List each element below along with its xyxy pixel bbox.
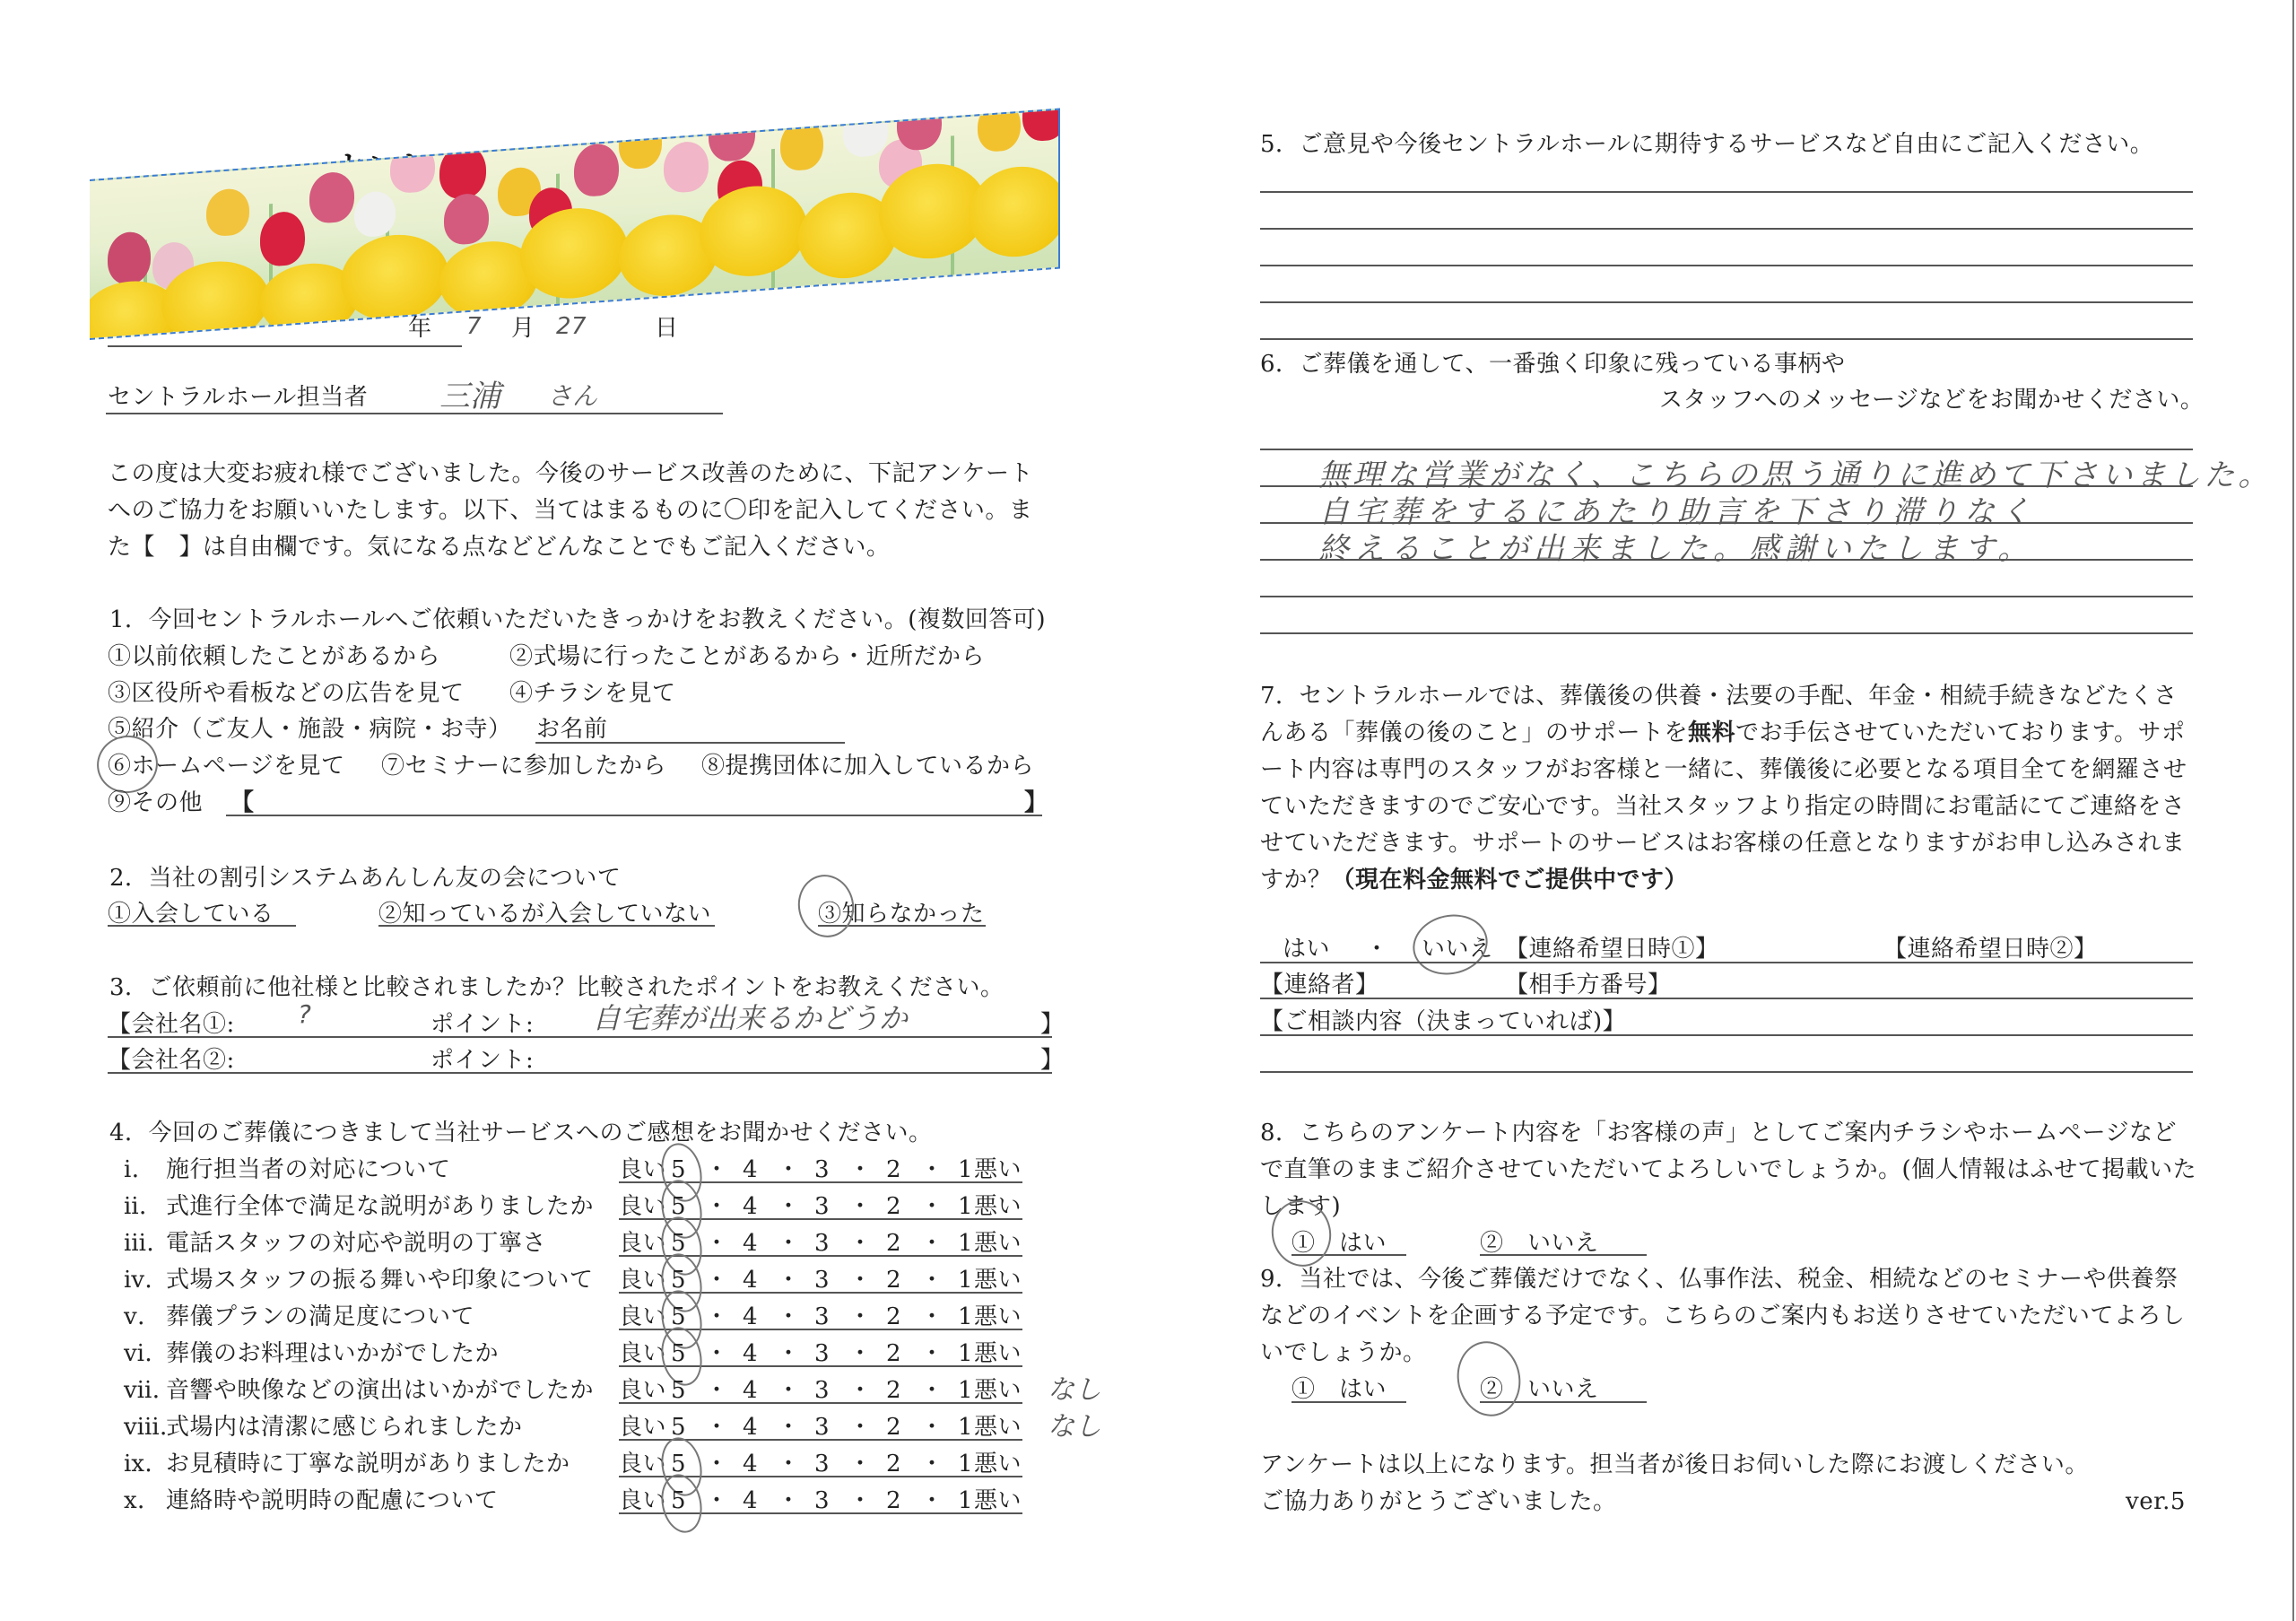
footer-line-1: アンケートは以上になります。担当者が後日お伺いした際にお渡しください。 <box>1260 1451 2089 1479</box>
q7-consult-label: 【ご相談内容（決まっていれば)】 <box>1260 1007 1626 1036</box>
q3-point-1-value[interactable]: 自宅葬が出来るかどうか <box>592 996 908 1037</box>
q4-scale-separator: ・ <box>705 1266 729 1294</box>
q4-handwritten-note: なし <box>1048 1367 1101 1407</box>
q1-option-2[interactable]: ②式場に行ったことがあるから・近所だから <box>509 642 985 671</box>
version-label: ver.5 <box>2126 1487 2186 1516</box>
q4-item-label: 連絡時や説明時の配慮について <box>166 1486 498 1515</box>
q4-item-label: 葬儀プランの満足度について <box>166 1303 474 1331</box>
q4-scale-separator: ・ <box>705 1229 729 1258</box>
date-underline <box>108 345 462 347</box>
q4-score-4[interactable]: 4 <box>743 1339 758 1368</box>
q4-scale-bad: 悪い <box>974 1486 1022 1515</box>
q4-scale-good: 良い <box>619 1155 666 1184</box>
q4-item-number: ⅱ． <box>124 1192 163 1221</box>
q4-scale-separator: ・ <box>777 1155 801 1184</box>
q4-score-2[interactable]: 2 <box>886 1229 901 1258</box>
q4-score-3[interactable]: 3 <box>814 1192 830 1221</box>
q6-title-line-1: 6．ご葬儀を通して、一番強く印象に残っている事柄や <box>1260 350 1846 379</box>
q4-score-2[interactable]: 2 <box>886 1450 901 1478</box>
date-month-value[interactable]: 7 <box>466 312 482 341</box>
q9-selected-circle-mark <box>1450 1336 1527 1423</box>
q3-point-1-label: ポイント: <box>430 1010 534 1039</box>
q4-item-number: ⅳ． <box>124 1266 169 1294</box>
q4-item-number: ⅸ． <box>124 1450 169 1478</box>
flower-banner-image <box>90 109 1060 340</box>
q4-scale-bad: 悪い <box>974 1413 1022 1442</box>
q7-separator: ・ <box>1365 935 1389 963</box>
q4-scale-bad: 悪い <box>974 1303 1022 1331</box>
intro-line-1: この度は大変お疲れ様でございました。今後のサービス改善のために、下記アンケート <box>108 459 1033 488</box>
q5-answer-line-5[interactable] <box>1260 338 2193 340</box>
q4-score-3[interactable]: 3 <box>814 1413 830 1442</box>
q1-option-4[interactable]: ④チラシを見て <box>509 679 676 708</box>
q2-title: 2．当社の割引システムあんしん友の会について <box>109 864 621 893</box>
q4-score-3[interactable]: 3 <box>814 1229 830 1258</box>
q7-contact-time-1-label: 【連絡希望日時①】 <box>1505 935 1719 963</box>
q4-score-1[interactable]: 1 <box>958 1376 973 1405</box>
q4-scale-separator: ・ <box>920 1303 944 1331</box>
date-year-label: 年 <box>408 314 432 343</box>
q4-scale-separator: ・ <box>777 1413 801 1442</box>
q4-score-1[interactable]: 1 <box>958 1192 973 1221</box>
q7-yes-option[interactable]: はい <box>1283 935 1330 963</box>
q4-scale-bad: 悪い <box>974 1192 1022 1221</box>
q4-score-3[interactable]: 3 <box>814 1303 830 1331</box>
q7-contact-person-label: 【連絡者】 <box>1260 971 1379 999</box>
q6-answer-line-6[interactable] <box>1260 632 2193 634</box>
q4-scale-separator: ・ <box>777 1450 801 1478</box>
q1-name-field[interactable] <box>535 742 845 744</box>
q4-scale-good: 良い <box>619 1229 666 1258</box>
q4-scale-separator: ・ <box>777 1303 801 1331</box>
q4-scale-separator: ・ <box>777 1376 801 1405</box>
q1-title: 1．今回セントラルホールへご依頼いただいたきっかけをお教えください。(複数回答可… <box>109 606 1046 634</box>
q4-score-5[interactable]: 5 <box>671 1376 686 1405</box>
q7-line-3: ート内容は専門のスタッフがお客様と一緒に、葬儀後に必要となる項目全てを網羅させ <box>1260 755 2187 784</box>
q7-row-2-line[interactable] <box>1260 998 2193 999</box>
q3-row-2-close: 】 <box>1040 1046 1065 1075</box>
q4-score-2[interactable]: 2 <box>886 1303 901 1331</box>
q7-free-emphasis: 無料 <box>1688 719 1735 746</box>
q4-scale-separator: ・ <box>848 1450 873 1478</box>
q2-option-2-underline <box>378 925 715 927</box>
q4-score-2[interactable]: 2 <box>886 1155 901 1184</box>
q4-score-3[interactable]: 3 <box>814 1376 830 1405</box>
q4-item-number: ⅹ． <box>124 1486 161 1515</box>
q4-scale-separator: ・ <box>777 1266 801 1294</box>
q4-scale-good: 良い <box>619 1413 666 1442</box>
q7-line-5: せていただきます。サポートのサービスはお客様の任意となりますがお申し込みされま <box>1260 829 2185 858</box>
q4-item-label: 式場内は清潔に感じられましたか <box>166 1413 523 1442</box>
q4-score-1[interactable]: 1 <box>958 1413 973 1442</box>
q4-score-1[interactable]: 1 <box>958 1450 973 1478</box>
q4-scale-separator: ・ <box>777 1486 801 1515</box>
q1-option-7[interactable]: ⑦セミナーに参加したから <box>381 752 666 780</box>
intro-line-2: へのご協力をお願いいたします。以下、当てはまるものに〇印を記入してください。ま <box>108 496 1032 525</box>
q4-score-3[interactable]: 3 <box>814 1155 830 1184</box>
q4-scale-good: 良い <box>619 1303 666 1331</box>
q7-line-2: んある「葬儀の後のこと」のサポートを無料でお手伝させていただいております。サポ <box>1260 719 2185 747</box>
q3-row-1-underline <box>108 1036 1052 1038</box>
q4-scale-separator: ・ <box>920 1450 944 1478</box>
date-day-value[interactable]: 27 <box>556 312 587 341</box>
q7-row-1-line[interactable] <box>1260 962 2193 963</box>
q4-scale-separator: ・ <box>848 1192 873 1221</box>
q6-handwritten-line-3: 終えることが出来ました。感謝いたします。 <box>1318 524 2033 568</box>
q3-row-2-underline[interactable] <box>108 1072 1052 1074</box>
q1-other-close-bracket: 】 <box>1024 789 1048 817</box>
q4-score-2[interactable]: 2 <box>886 1192 901 1221</box>
q4-scale-separator: ・ <box>848 1486 873 1515</box>
q5-answer-line-2[interactable] <box>1260 228 2193 230</box>
q4-item-label: 音響や映像などの演出はいかがでしたか <box>166 1376 594 1405</box>
q2-option-1-underline <box>108 925 296 927</box>
q4-scale-separator: ・ <box>920 1376 944 1405</box>
q4-scale-bad: 悪い <box>974 1266 1022 1294</box>
q4-score-4[interactable]: 4 <box>743 1413 758 1442</box>
q5-answer-line-3[interactable] <box>1260 265 2193 266</box>
q1-option-8[interactable]: ⑧提携団体に加入しているから <box>701 752 1034 780</box>
q1-other-field[interactable] <box>226 815 1042 816</box>
q4-item-label: 施行担当者の対応について <box>166 1155 450 1184</box>
q9-option-yes-underline <box>1291 1401 1406 1403</box>
q9-option-yes[interactable]: ① はい <box>1291 1375 1387 1404</box>
q4-score-4[interactable]: 4 <box>743 1266 758 1294</box>
q4-scale-separator: ・ <box>777 1229 801 1258</box>
q7-row-4-line[interactable] <box>1260 1071 2193 1073</box>
q7-currently-free-note: （現在料金無料でご提供中です） <box>1332 867 1689 893</box>
q4-score-3[interactable]: 3 <box>814 1450 830 1478</box>
q3-company-2-label: 【会社名②: <box>108 1046 235 1075</box>
q4-score-2[interactable]: 2 <box>886 1339 901 1368</box>
q4-score-2[interactable]: 2 <box>886 1376 901 1405</box>
q4-handwritten-note: なし <box>1048 1404 1101 1443</box>
intro-line-3: た【 】は自由欄です。気になる点などどんなことでもご記入ください。 <box>108 533 890 562</box>
q4-scale-separator: ・ <box>848 1303 873 1331</box>
q4-score-4[interactable]: 4 <box>743 1486 758 1515</box>
q7-line-6: すか？（現在料金無料でご提供中です） <box>1260 866 1688 894</box>
q8-line-2: で直筆のままご紹介させていただいてよろしいでしょうか。(個人情報はふせて掲載いた <box>1260 1155 2196 1184</box>
q4-scale-separator: ・ <box>705 1192 729 1221</box>
footer-line-2: ご協力ありがとうございました。 <box>1260 1487 1617 1516</box>
q4-scale-separator: ・ <box>848 1413 873 1442</box>
q4-scale-separator: ・ <box>920 1155 944 1184</box>
q7-line-2-rest: でお手伝させていただいております。サポ <box>1735 719 2185 746</box>
q4-scale-bad: 悪い <box>974 1229 1022 1258</box>
q4-score-3[interactable]: 3 <box>814 1486 830 1515</box>
q1-name-label: お名前 <box>536 715 608 744</box>
q7-line-4: ていただきますのでご安心です。当社スタッフより指定の時間にお電話にてご連絡をさ <box>1260 792 2185 821</box>
q4-scale-bad: 悪い <box>974 1339 1022 1368</box>
q1-other-open-bracket: 【 <box>230 789 255 817</box>
q4-score-4[interactable]: 4 <box>743 1450 758 1478</box>
q4-item-label: お見積時に丁寧な説明がありましたか <box>166 1450 570 1478</box>
q4-scale-separator: ・ <box>848 1155 873 1184</box>
staff-label: セントラルホール担当者 <box>108 383 368 412</box>
q6-answer-line-5[interactable] <box>1260 596 2193 597</box>
q4-score-1[interactable]: 1 <box>958 1266 973 1294</box>
staff-name-value[interactable]: 三浦 <box>439 371 500 415</box>
q1-option-9[interactable]: ⑨その他 <box>108 789 203 817</box>
q7-contact-time-2-label: 【連絡希望日時②】 <box>1883 935 2098 963</box>
q4-scale-separator: ・ <box>920 1486 944 1515</box>
q1-option-5[interactable]: ⑤紹介（ご友人・施設・病院・お寺） <box>108 715 512 744</box>
q4-scale-separator: ・ <box>705 1450 729 1478</box>
q4-score-4[interactable]: 4 <box>743 1303 758 1331</box>
q4-scale-separator: ・ <box>705 1303 729 1331</box>
q3-company-1-value[interactable]: ? <box>298 999 311 1029</box>
q7-line-6-text: すか？ <box>1260 867 1332 893</box>
q1-option-3[interactable]: ③区役所や看板などの広告を見て <box>108 679 465 708</box>
q4-scale-good: 良い <box>619 1339 666 1368</box>
q4-score-4[interactable]: 4 <box>743 1229 758 1258</box>
q4-score-4[interactable]: 4 <box>743 1192 758 1221</box>
q4-item-number: ⅰ． <box>124 1155 155 1184</box>
q9-line-1: 9．当社では、今後ご葬儀だけでなく、仏事作法、税金、相続などのセミナーや供養祭 <box>1260 1265 2179 1294</box>
q6-title-line-2: スタッフへのメッセージなどをお聞かせください。 <box>1659 386 2204 414</box>
q4-scale-separator: ・ <box>920 1413 944 1442</box>
q4-score-2[interactable]: 2 <box>886 1486 901 1515</box>
q4-scale-separator: ・ <box>920 1339 944 1368</box>
q1-option-1[interactable]: ①以前依頼したことがあるから <box>108 642 440 671</box>
q8-line-1: 8．こちらのアンケート内容を「お客様の声」としてご案内チラシやホームページなど <box>1260 1119 2177 1147</box>
q4-scale-good: 良い <box>619 1192 666 1221</box>
q4-scale-good: 良い <box>619 1486 666 1515</box>
q4-score-3[interactable]: 3 <box>814 1339 830 1368</box>
q7-line-2-text: んある「葬儀の後のこと」のサポートを <box>1260 719 1688 746</box>
q4-score-4[interactable]: 4 <box>743 1376 758 1405</box>
q4-scale-good: 良い <box>619 1450 666 1478</box>
q4-scale-bad: 悪い <box>974 1376 1022 1405</box>
q4-score-1[interactable]: 1 <box>958 1486 973 1515</box>
q4-item-number: ⅵ． <box>124 1339 169 1368</box>
q5-answer-line-1[interactable] <box>1260 191 2193 193</box>
q4-score-1[interactable]: 1 <box>958 1303 973 1331</box>
q4-scale-separator: ・ <box>920 1229 944 1258</box>
staff-underline <box>106 413 723 414</box>
q5-answer-line-4[interactable] <box>1260 301 2193 303</box>
date-day-label: 日 <box>655 314 679 343</box>
q4-score-2[interactable]: 2 <box>886 1413 901 1442</box>
q7-line-1: 7．セントラルホールでは、葬儀後の供養・法要の手配、年金・相続手続きなどたくさ <box>1260 682 2178 710</box>
q4-scale-bad: 悪い <box>974 1450 1022 1478</box>
q4-scale-separator: ・ <box>705 1339 729 1368</box>
date-month-label: 月 <box>511 314 535 343</box>
q4-item-label: 式進行全体で満足な説明がありましたか <box>166 1192 594 1221</box>
q4-scale-separator: ・ <box>848 1376 873 1405</box>
q4-scale-separator: ・ <box>705 1376 729 1405</box>
q4-scale-separator: ・ <box>777 1192 801 1221</box>
q4-item-label: 電話スタッフの対応や説明の丁寧さ <box>166 1229 546 1258</box>
q4-score-2[interactable]: 2 <box>886 1266 901 1294</box>
staff-suffix: さん <box>547 377 597 413</box>
q4-row-underline <box>619 1402 1022 1404</box>
q4-scale-separator: ・ <box>848 1266 873 1294</box>
q3-company-1-label: 【会社名①: <box>108 1010 235 1039</box>
q4-item-number: ⅲ． <box>124 1229 170 1258</box>
q2-selected-circle-mark <box>792 869 859 942</box>
q4-scale-separator: ・ <box>777 1339 801 1368</box>
q7-selected-circle-mark <box>1407 908 1493 981</box>
q4-score-1[interactable]: 1 <box>958 1155 973 1184</box>
q4-score-4[interactable]: 4 <box>743 1155 758 1184</box>
q9-line-3: いでしょうか。 <box>1260 1338 1427 1367</box>
q4-scale-separator: ・ <box>848 1229 873 1258</box>
q4-score-1[interactable]: 1 <box>958 1339 973 1368</box>
q4-scale-good: 良い <box>619 1266 666 1294</box>
q4-scale-separator: ・ <box>920 1266 944 1294</box>
q5-title: 5．ご意見や今後セントラルホールに期待するサービスなど自由にご記入ください。 <box>1260 130 2153 159</box>
q4-scale-separator: ・ <box>705 1413 729 1442</box>
q4-scale-good: 良い <box>619 1376 666 1405</box>
q4-title: 4．今回のご葬儀につきまして当社サービスへのご感想をお聞かせください。 <box>109 1119 933 1147</box>
q4-scale-separator: ・ <box>705 1155 729 1184</box>
q4-scale-separator: ・ <box>920 1192 944 1221</box>
q8-option-no-underline <box>1480 1254 1647 1256</box>
q3-row-1-close: 】 <box>1040 1010 1065 1039</box>
q4-item-number: ⅴ． <box>124 1303 161 1331</box>
q7-row-3-line[interactable] <box>1260 1034 2193 1036</box>
q9-line-2: などのイベントを企画する予定です。こちらのご案内もお送りさせていただいてよろし <box>1260 1302 2185 1330</box>
q4-score-1[interactable]: 1 <box>958 1229 973 1258</box>
q3-point-2-label: ポイント: <box>430 1046 534 1075</box>
q7-contact-phone-label: 【相手方番号】 <box>1505 971 1672 999</box>
q4-scale-separator: ・ <box>705 1486 729 1515</box>
q4-item-label: 式場スタッフの振る舞いや印象について <box>166 1266 593 1294</box>
q4-scale-separator: ・ <box>848 1339 873 1368</box>
scan-edge <box>2292 0 2294 1621</box>
q4-score-3[interactable]: 3 <box>814 1266 830 1294</box>
q4-scale-bad: 悪い <box>974 1155 1022 1184</box>
q4-item-label: 葬儀のお料理はいかがでしたか <box>166 1339 499 1368</box>
